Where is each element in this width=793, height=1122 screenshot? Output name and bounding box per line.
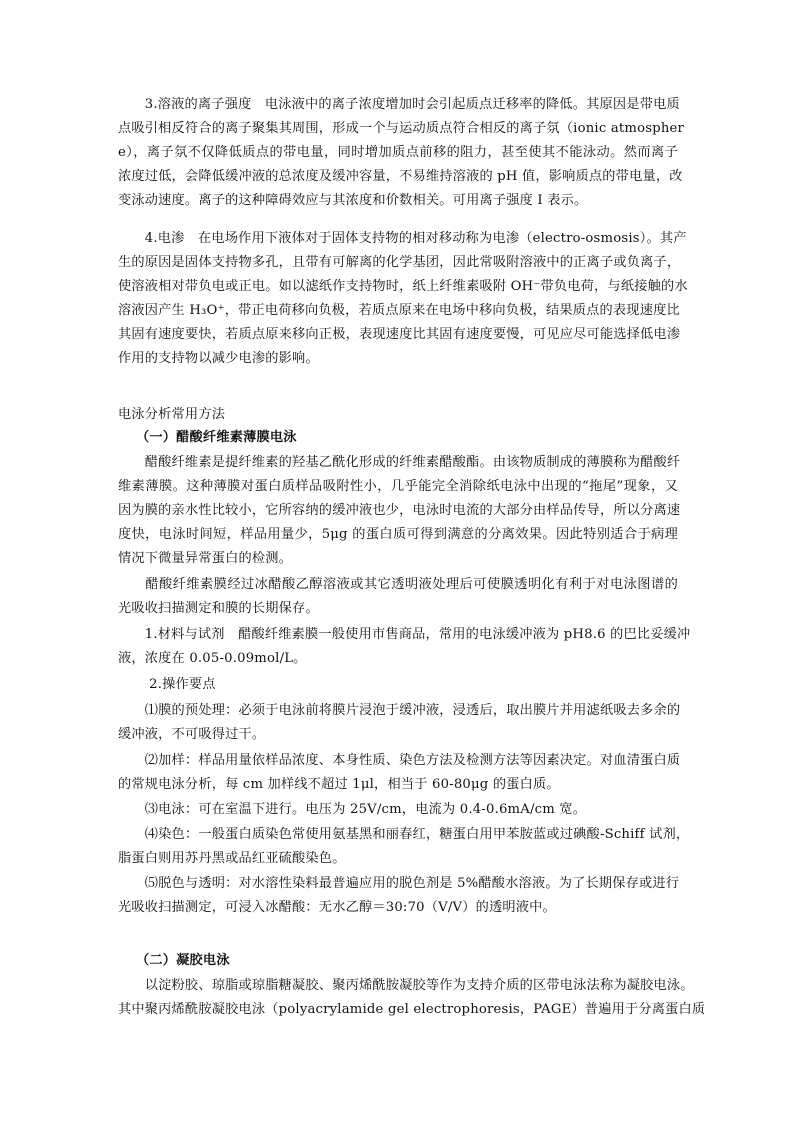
step-line: ⑵加样：样品用量依样品浓度、本身性质、染色方法及检测方法等因素决定。对血清蛋白质 xyxy=(118,749,678,773)
paragraph-line: 使溶液相对带负电或正电。如以滤纸作支持物时，纸上纤维素吸附 OH⁻带负电荷，与纸… xyxy=(118,275,678,299)
step-line: 光吸收扫描测定，可浸入冰醋酸：无水乙醇＝30:70（V/V）的透明液中。 xyxy=(118,896,678,920)
step-line: 的常规电泳分析，每 cm 加样线不超过 1μl，相当于 60-80μg 的蛋白质… xyxy=(118,773,678,797)
step-line: ⑶电泳：可在室温下进行。电压为 25V/cm，电流为 0.4-0.6mA/cm … xyxy=(118,798,678,822)
paragraph-line: 4.电渗 在电场作用下液体对于固体支持物的相对移动称为电渗（electro-os… xyxy=(118,227,678,251)
paragraph-line: 其中聚丙烯酰胺凝胶电泳（polyacrylamide gel electroph… xyxy=(118,998,678,1022)
paragraph-line: 浓度过低，会降低缓冲液的总浓度及缓冲容量，不易维持溶液的 pH 值，影响质点的带… xyxy=(118,165,678,189)
paragraph-line: 醋酸纤维素膜经过冰醋酸乙醇溶液或其它透明液处理后可使膜透明化有利于对电泳图谱的 xyxy=(118,573,678,597)
paragraph-line: 以淀粉胶、琼脂或琼脂糖凝胶、聚丙烯酰胺凝胶等作为支持介质的区带电泳法称为凝胶电泳… xyxy=(118,974,678,998)
subsection-heading: （二）凝胶电泳 xyxy=(136,949,696,973)
paragraph-line: 变泳动速度。离子的这种障碍效应与其浓度和价数相关。可用离子强度 I 表示。 xyxy=(118,189,678,213)
paragraph-line: 1.材料与试剂 醋酸纤维素膜一般使用市售商品，常用的电泳缓冲液为 pH8.6 的… xyxy=(118,623,678,647)
paragraph-line: e），离子氛不仅降低质点的带电量，同时增加质点前移的阻力，甚至使其不能泳动。然而… xyxy=(118,141,678,165)
subsection-heading: （一）醋酸纤维素薄膜电泳 xyxy=(136,426,696,450)
step-line: 脂蛋白则用苏丹黑或品红亚硫酸染色。 xyxy=(118,847,678,871)
paragraph-line: 因为膜的亲水性比较小，它所容纳的缓冲液也少，电泳时电流的大部分由样品传导，所以分… xyxy=(118,499,678,523)
step-line: ⑷染色：一般蛋白质染色常使用氨基黑和丽春红，糖蛋白用甲苯胺蓝或过碘酸-Schif… xyxy=(118,823,678,847)
paragraph-line: 作用的支持物以减少电渗的影响。 xyxy=(118,347,678,371)
paragraph-line: 光吸收扫描测定和膜的长期保存。 xyxy=(118,597,678,621)
paragraph-line: 3.溶液的离子强度 电泳液中的离子浓度增加时会引起质点迁移率的降低。其原因是带电… xyxy=(118,93,678,117)
paragraph-line: 度快，电泳时间短，样品用量少，5μg 的蛋白质可得到满意的分离效果。因此特别适合… xyxy=(118,523,678,547)
step-line: ⑴膜的预处理：必须于电泳前将膜片浸泡于缓冲液，浸透后，取出膜片并用滤纸吸去多余的 xyxy=(118,699,678,723)
paragraph-line: 生的原因是固体支持物多孔，且带有可解离的化学基团，因此常吸附溶液中的正离子或负离… xyxy=(118,251,678,275)
section-title: 电泳分析常用方法 xyxy=(118,403,678,427)
paragraph-line: 情况下微量异常蛋白的检测。 xyxy=(118,547,678,571)
step-line: 缓冲液，不可吸得过干。 xyxy=(118,723,678,747)
paragraph-line: 其固有速度要快，若质点原来移向正极，表现速度比其固有速度要慢，可见应尽可能选择低… xyxy=(118,323,678,347)
step-line: ⑸脱色与透明：对水溶性染料最普遍应用的脱色剂是 5%醋酸水溶液。为了长期保存或进… xyxy=(118,872,678,896)
paragraph-line: 液，浓度在 0.05-0.09mol/L。 xyxy=(118,647,678,671)
paragraph-line: 溶液因产生 H₃O⁺，带正电荷移向负极，若质点原来在电场中移向负极，结果质点的表… xyxy=(118,299,678,323)
steps-title: 2.操作要点 xyxy=(118,673,678,697)
paragraph-line: 点吸引相反符合的离子聚集其周围，形成一个与运动质点符合相反的离子氛（ionic … xyxy=(118,117,678,141)
paragraph-line: 醋酸纤维素是提纤维素的羟基乙酰化形成的纤维素醋酸酯。由该物质制成的薄膜称为醋酸纤 xyxy=(118,451,678,475)
paragraph-line: 维素薄膜。这种薄膜对蛋白质样品吸附性小，几乎能完全消除纸电泳中出现的“拖尾”现象… xyxy=(118,475,678,499)
